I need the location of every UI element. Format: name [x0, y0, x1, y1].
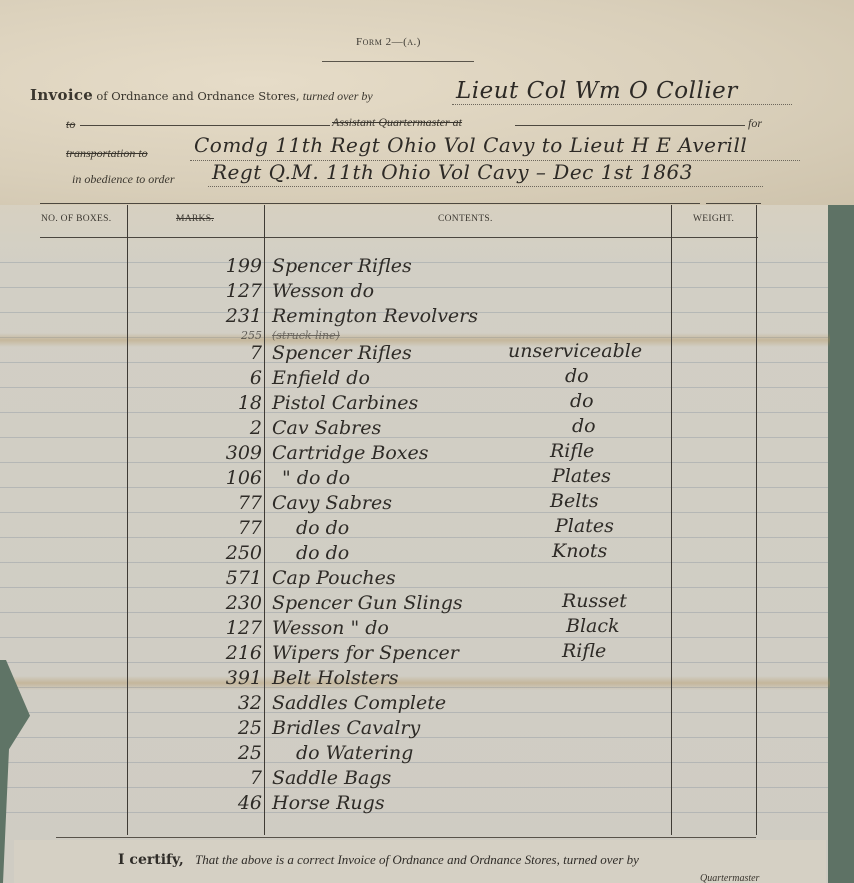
row-item: Saddles Complete: [272, 692, 446, 714]
row-qty: 7: [250, 342, 262, 364]
to-strike: [80, 125, 330, 126]
row-item: Bridles Cavalry: [272, 717, 420, 739]
row-condition: do: [570, 390, 594, 412]
row-item: do do: [296, 517, 349, 539]
row-qty: 309: [226, 442, 262, 464]
col-divider-boxes: [127, 205, 128, 835]
row-item: Saddle Bags: [272, 767, 391, 789]
row-condition: unserviceable: [508, 340, 642, 362]
header-marks: MARKS.: [176, 214, 214, 224]
row-item: Cartridge Boxes: [272, 442, 428, 464]
row-item: " do do: [282, 467, 350, 489]
row-condition: Plates: [555, 515, 614, 537]
certify-text: That the above is a correct Invoice of O…: [195, 852, 639, 867]
row-item: (struck line): [272, 329, 340, 342]
row-item: Cap Pouches: [272, 567, 396, 589]
header-bottom-rule-right: [706, 203, 761, 204]
to-label: to: [66, 117, 75, 132]
row-item: Spencer Rifles: [272, 255, 412, 277]
table-header-rule: [40, 237, 758, 238]
row-qty: 255: [241, 329, 262, 342]
row-qty: 77: [238, 517, 262, 539]
row-condition: do: [565, 365, 589, 387]
header-bottom-rule: [40, 203, 700, 204]
header-boxes: NO. OF BOXES.: [41, 214, 111, 224]
certify-word: I certify,: [118, 852, 184, 868]
row-qty: 391: [226, 667, 262, 689]
row-qty: 32: [238, 692, 262, 714]
row-item: Remington Revolvers: [272, 305, 478, 327]
row-condition: Rifle: [550, 440, 594, 462]
row-qty: 230: [226, 592, 262, 614]
row-item: Wesson do: [272, 280, 374, 302]
row-item: Belt Holsters: [272, 667, 399, 689]
certify-statement: I certify, That the above is a correct I…: [118, 852, 639, 868]
invoice-subtitle: of Ordnance and Ordnance Stores,: [96, 89, 299, 103]
row-qty: 2: [250, 417, 262, 439]
row-qty: 106: [226, 467, 262, 489]
row-condition: Belts: [550, 490, 599, 512]
row-condition: Knots: [552, 540, 607, 562]
transportation-value: Comdg 11th Regt Ohio Vol Cavy to Lieut H…: [194, 133, 747, 157]
row-qty: 25: [238, 742, 262, 764]
row-qty: 127: [226, 280, 262, 302]
aqm-strike: [515, 125, 745, 126]
row-item: Cavy Sabres: [272, 492, 392, 514]
form-rule: [322, 61, 474, 62]
header-contents: CONTENTS.: [438, 214, 493, 224]
row-qty: 18: [238, 392, 262, 414]
row-qty: 199: [226, 255, 262, 277]
row-condition: do: [572, 415, 596, 437]
row-condition: Russet: [562, 590, 627, 612]
row-qty: 7: [250, 767, 262, 789]
col-divider-weight: [756, 205, 757, 835]
row-qty: 25: [238, 717, 262, 739]
invoice-title: Invoice: [30, 86, 93, 104]
row-item: Spencer Rifles: [272, 342, 412, 364]
row-item: do do: [296, 542, 349, 564]
col-divider-marks: [264, 205, 265, 835]
row-item: Pistol Carbines: [272, 392, 418, 414]
for-label: for: [748, 116, 762, 131]
row-qty: 77: [238, 492, 262, 514]
order-line: [208, 186, 763, 187]
row-qty: 571: [226, 567, 262, 589]
turned-over-line: [452, 104, 792, 105]
row-item: Horse Rugs: [272, 792, 385, 814]
row-condition: Rifle: [562, 640, 606, 662]
aqm-label: Assistant Quartermaster at: [332, 115, 462, 130]
paper-fold: [0, 676, 830, 690]
row-qty: 231: [226, 305, 262, 327]
row-item: Enfield do: [272, 367, 370, 389]
form-number: Form 2—(a.): [356, 36, 421, 48]
row-qty: 46: [238, 792, 262, 814]
order-label: in obedience to order: [72, 172, 175, 187]
row-item: Spencer Gun Slings: [272, 592, 463, 614]
row-item: Wipers for Spencer: [272, 642, 459, 664]
col-divider-contents: [671, 205, 672, 835]
transportation-label: transportation to: [66, 146, 148, 161]
row-condition: Black: [566, 615, 620, 637]
row-item: do Watering: [296, 742, 413, 764]
row-qty: 216: [226, 642, 262, 664]
row-qty: 6: [250, 367, 262, 389]
invoice-title-line: Invoice of Ordnance and Ordnance Stores,…: [30, 86, 373, 104]
background-board: [828, 210, 854, 883]
row-qty: 127: [226, 617, 262, 639]
row-condition: Plates: [552, 465, 611, 487]
quartermaster-label: Quartermaster: [700, 873, 759, 883]
order-value: Regt Q.M. 11th Ohio Vol Cavy – Dec 1st 1…: [212, 160, 693, 184]
row-qty: 250: [226, 542, 262, 564]
paper-fold: [0, 333, 830, 347]
table-bottom-rule: [56, 837, 756, 838]
turned-over-by-value: Lieut Col Wm O Collier: [456, 78, 738, 104]
header-weight: WEIGHT.: [693, 214, 734, 224]
turned-over-label: turned over by: [303, 89, 373, 103]
row-item: Wesson " do: [272, 617, 389, 639]
row-item: Cav Sabres: [272, 417, 381, 439]
